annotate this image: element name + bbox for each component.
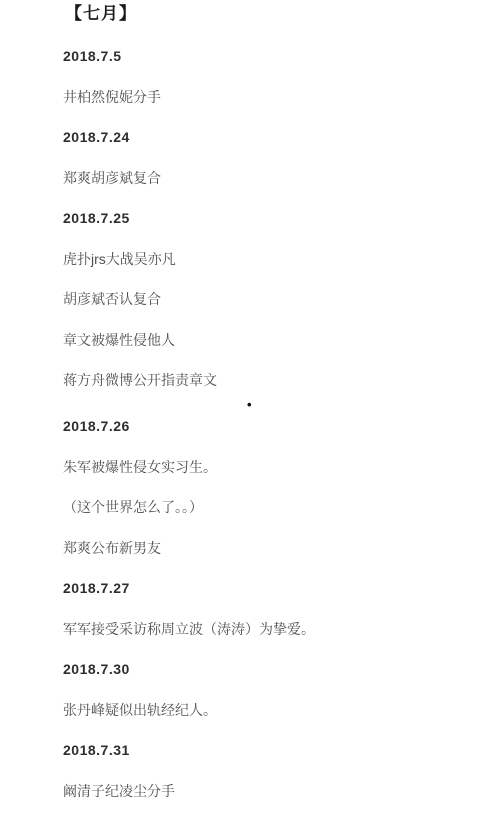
date-line: 2018.7.30 [63, 660, 460, 678]
date-line: 2018.7.24 [63, 128, 460, 146]
document-page: 【七月】 2018.7.5井柏然倪妮分手2018.7.24郑爽胡彦斌复合2018… [0, 0, 500, 816]
date-line: 2018.7.26 [63, 417, 460, 435]
date-line: 2018.7.31 [63, 741, 460, 759]
event-line: 朱军被爆性侵女实习生。 [63, 458, 460, 476]
event-line: 阚清子纪凌尘分手 [63, 782, 460, 800]
event-line: 井柏然倪妮分手 [63, 88, 460, 106]
event-line: 章文被爆性侵他人 [63, 331, 460, 349]
event-line: 虎扑jrs大战吴亦凡 [63, 250, 460, 268]
date-line: 2018.7.27 [63, 579, 460, 597]
event-line: （这个世界怎么了。。） [63, 498, 460, 516]
event-line: 郑爽胡彦斌复合 [63, 169, 460, 187]
event-line: 郑爽公布新男友 [63, 539, 460, 557]
event-line: 军军接受采访称周立波（涛涛）为挚爱。 [63, 620, 460, 638]
date-line: 2018.7.5 [63, 47, 460, 65]
date-line: 2018.7.25 [63, 209, 460, 227]
event-line: 蒋方舟微博公开指责章文 [63, 371, 460, 389]
month-heading: 【七月】 [65, 2, 460, 26]
event-line: 胡彦斌否认复合 [63, 290, 460, 308]
event-line: 张丹峰疑似出轨经纪人。 [63, 701, 460, 719]
article-body: 【七月】 2018.7.5井柏然倪妮分手2018.7.24郑爽胡彦斌复合2018… [0, 0, 500, 800]
timeline-lines: 2018.7.5井柏然倪妮分手2018.7.24郑爽胡彦斌复合2018.7.25… [63, 47, 460, 800]
stray-dot: • [63, 400, 460, 410]
